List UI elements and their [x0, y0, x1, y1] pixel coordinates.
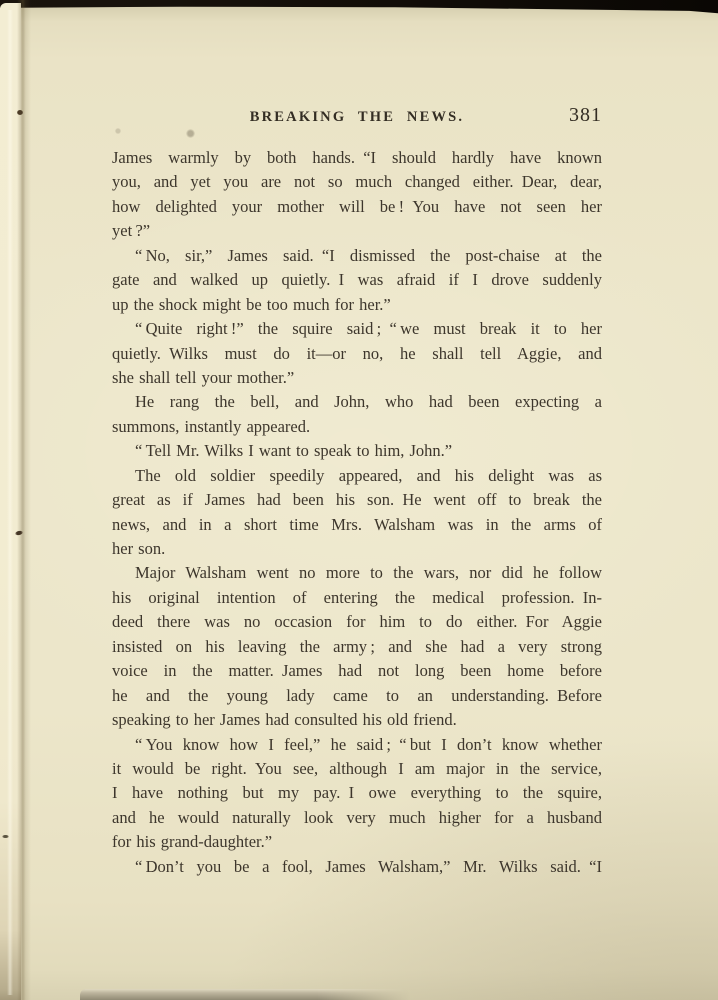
paper-speck — [17, 110, 23, 115]
text-line: for his grand-daughter.” — [112, 830, 602, 854]
text-line: her son. — [112, 537, 602, 561]
text-line: “ Quite right !” the squire said ; “ we … — [112, 317, 602, 341]
paragraph: He rang the bell, and John, who had been… — [112, 390, 602, 439]
running-head: BREAKING THE NEWS. 381 — [112, 104, 602, 130]
text-line: The old soldier speedily appeared, and h… — [112, 464, 602, 488]
paragraph: “ No, sir,” James said. “I dismissed the… — [112, 244, 602, 317]
text-line: insisted on his leaving the army ; and s… — [112, 635, 602, 659]
text-line: “ No, sir,” James said. “I dismissed the… — [112, 244, 602, 268]
text-line: “ You know how I feel,” he said ; “ but … — [112, 733, 602, 757]
text-line: summons, instantly appeared. — [112, 415, 602, 439]
text-line: quietly. Wilks must do it—or no, he shal… — [112, 342, 602, 366]
page-number: 381 — [569, 104, 602, 127]
paragraph: James warmly by both hands. “I should ha… — [112, 146, 602, 244]
text-line: and he would naturally look very much hi… — [112, 806, 602, 830]
text-line: voice in the matter. James had not long … — [112, 659, 602, 683]
text-line: great as if James had been his son. He w… — [112, 488, 602, 512]
text-line: you, and yet you are not so much changed… — [112, 170, 602, 194]
text-line: “ Tell Mr. Wilks I want to speak to him,… — [112, 439, 602, 463]
page-text: James warmly by both hands. “I should ha… — [112, 146, 602, 879]
paper-speck — [2, 835, 9, 838]
text-line: news, and in a short time Mrs. Walsham w… — [112, 513, 602, 537]
bottom-next-page-edge — [80, 989, 410, 1000]
paragraph: “ Don’t you be a fool, James Walsham,” M… — [112, 855, 602, 879]
text-line: he and the young lady came to an underst… — [112, 684, 602, 708]
page-edge-highlight — [7, 10, 13, 995]
paragraph: “ Quite right !” the squire said ; “ we … — [112, 317, 602, 390]
text-line: James warmly by both hands. “I should ha… — [112, 146, 602, 170]
running-title: BREAKING THE NEWS. — [112, 109, 602, 126]
text-line: she shall tell your mother.” — [112, 366, 602, 390]
paragraph: The old soldier speedily appeared, and h… — [112, 464, 602, 562]
book-page-scan: BREAKING THE NEWS. 381 James warmly by b… — [0, 0, 718, 1000]
screenshot-root: { "colors": { "paper": "#ece6ca", "ink":… — [0, 0, 718, 1000]
paragraph: Major Walsham went no more to the wars, … — [112, 561, 602, 732]
text-line: it would be right. You see, although I a… — [112, 757, 602, 781]
paragraph: “ You know how I feel,” he said ; “ but … — [112, 733, 602, 855]
text-line: Major Walsham went no more to the wars, … — [112, 561, 602, 585]
paper-smudge — [186, 129, 195, 138]
page-edge-crease — [17, 0, 31, 1000]
text-line: speaking to her James had consulted his … — [112, 708, 602, 732]
text-line: “ Don’t you be a fool, James Walsham,” M… — [112, 855, 602, 879]
text-line: deed there was no occasion for him to do… — [112, 610, 602, 634]
paragraph: “ Tell Mr. Wilks I want to speak to him,… — [112, 439, 602, 463]
text-line: I have nothing but my pay. I owe everyth… — [112, 781, 602, 805]
text-line: how delighted your mother will be ! You … — [112, 195, 602, 219]
text-line: He rang the bell, and John, who had been… — [112, 390, 602, 414]
text-line: yet ?” — [112, 219, 602, 243]
text-line: gate and walked up quietly. I was afraid… — [112, 268, 602, 292]
text-line: his original intention of entering the m… — [112, 586, 602, 610]
text-line: up the shock might be too much for her.” — [112, 293, 602, 317]
